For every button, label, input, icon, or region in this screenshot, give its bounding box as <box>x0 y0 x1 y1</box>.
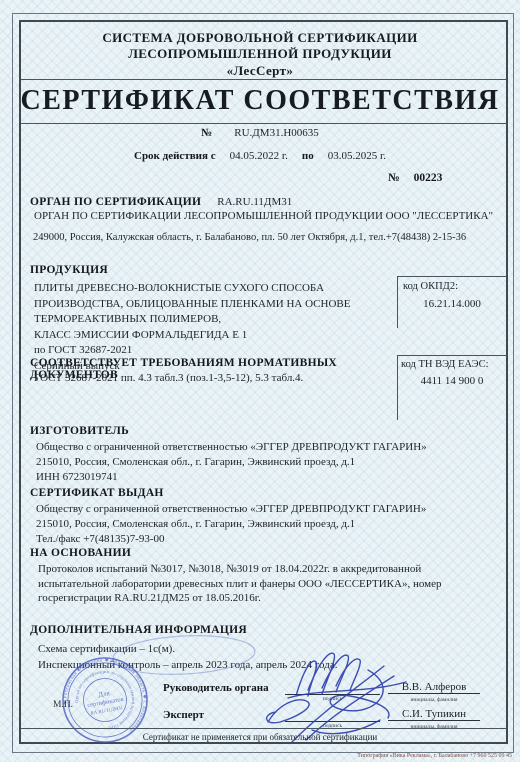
validity-to-date: 03.05.2025 г. <box>328 150 386 162</box>
certificate-number-row: № RU.ДМ31.Н00635 <box>0 127 520 139</box>
product-label: ПРОДУКЦИЯ <box>30 264 108 276</box>
manufacturer-line: Общество с ограниченной ответственностью… <box>36 440 427 455</box>
basis-line: Протоколов испытаний №3017, №3018, №3019… <box>38 562 441 577</box>
expert-signature-stroke <box>267 700 309 723</box>
issued-to-info: Обществу с ограниченной ответственностью… <box>36 502 426 547</box>
issued-to-line: Тел./факс +7(48135)7-93-00 <box>36 532 426 547</box>
footer-note: Сертификат не применяется при обязательн… <box>0 732 520 742</box>
certification-body-label: ОРГАН ПО СЕРТИФИКАЦИИ <box>30 196 201 208</box>
validity-row: Срок действия с 04.05.2022 г. по 03.05.2… <box>0 150 520 162</box>
validity-from-label: Срок действия с <box>134 150 216 162</box>
product-line: ТЕРМОРЕАКТИВНЫХ ПОЛИМЕРОВ, <box>34 312 389 328</box>
manufacturer-label: ИЗГОТОВИТЕЛЬ <box>30 425 129 437</box>
issued-to-line: Обществу с ограниченной ответственностью… <box>36 502 426 517</box>
certificate-title: СЕРТИФИКАТ СООТВЕТСТВИЯ <box>0 85 520 117</box>
blank-number-row: № 00223 <box>388 172 442 184</box>
basis-label: НА ОСНОВАНИИ <box>30 547 131 559</box>
blank-number: 00223 <box>414 172 443 184</box>
basis-line: испытательной лаборатории древесных плит… <box>38 577 441 592</box>
footer-divider <box>21 728 507 729</box>
system-name-line2: ЛЕСОПРОМЫШЛЕННОЙ ПРОДУКЦИИ <box>0 46 520 62</box>
number-label: № <box>201 127 212 139</box>
manufacturer-line: ИНН 6723019741 <box>36 470 427 485</box>
validity-to-label: по <box>302 150 314 162</box>
system-name-line3: «ЛесСерт» <box>0 63 520 79</box>
certification-body-address: 249000, Россия, Калужская область, г. Ба… <box>33 232 466 243</box>
tnved-box-top <box>397 355 507 356</box>
system-name-line1: СИСТЕМА ДОБРОВОЛЬНОЙ СЕРТИФИКАЦИИ <box>0 30 520 46</box>
compliance-text: ГОСТ 32687-2021 пп. 4.3 табл.3 (поз.1-3,… <box>34 372 303 384</box>
product-line: ПРОИЗВОДСТВА, ОБЛИЦОВАННЫЕ ПЛЕНКАМИ НА О… <box>34 297 389 313</box>
certification-body-name: ОРГАН ПО СЕРТИФИКАЦИИ ЛЕСОПРОМЫШЛЕННОЙ П… <box>34 210 493 222</box>
printer-note: Типография «Вика Реклама», г. Балабаново… <box>357 753 512 759</box>
product-line: ПЛИТЫ ДРЕВЕСНО-ВОЛОКНИСТЫЕ СУХОГО СПОСОБ… <box>34 281 389 297</box>
manufacturer-info: Общество с ограниченной ответственностью… <box>36 440 427 485</box>
certificate-number: RU.ДМ31.Н00635 <box>234 127 319 139</box>
okpd2-box-top <box>397 276 507 277</box>
certification-body-header: ОРГАН ПО СЕРТИФИКАЦИИ RA.RU.11ДМ31 <box>30 196 292 208</box>
okpd2-label: код ОКПД2: <box>403 281 458 292</box>
tnved-label: код ТН ВЭД ЕАЭС: <box>401 359 489 370</box>
issued-to-label: СЕРТИФИКАТ ВЫДАН <box>30 487 164 499</box>
header-divider-top <box>21 79 507 80</box>
basis-line: госрегистрации RA.RU.21ДМ25 от 18.05.201… <box>38 591 441 606</box>
issued-to-line: 215010, Россия, Смоленская обл., г. Гага… <box>36 517 426 532</box>
blank-number-label: № <box>388 172 400 184</box>
header-divider-bottom <box>21 123 507 124</box>
tnved-code: 4411 14 900 0 <box>397 375 507 387</box>
okpd2-code: 16.21.14.000 <box>397 298 507 310</box>
certification-body-code: RA.RU.11ДМ31 <box>217 196 292 208</box>
expert-role-label: Эксперт <box>163 709 204 721</box>
tnved-box-left <box>397 355 398 420</box>
product-line: КЛАСС ЭМИССИИ ФОРМАЛЬДЕГИДА Е 1 <box>34 328 389 344</box>
stamp-place-label: М.П. <box>53 700 73 710</box>
validity-from-date: 04.05.2022 г. <box>230 150 288 162</box>
manufacturer-line: 215010, Россия, Смоленская обл., г. Гага… <box>36 455 427 470</box>
basis-info: Протоколов испытаний №3017, №3018, №3019… <box>38 562 441 606</box>
